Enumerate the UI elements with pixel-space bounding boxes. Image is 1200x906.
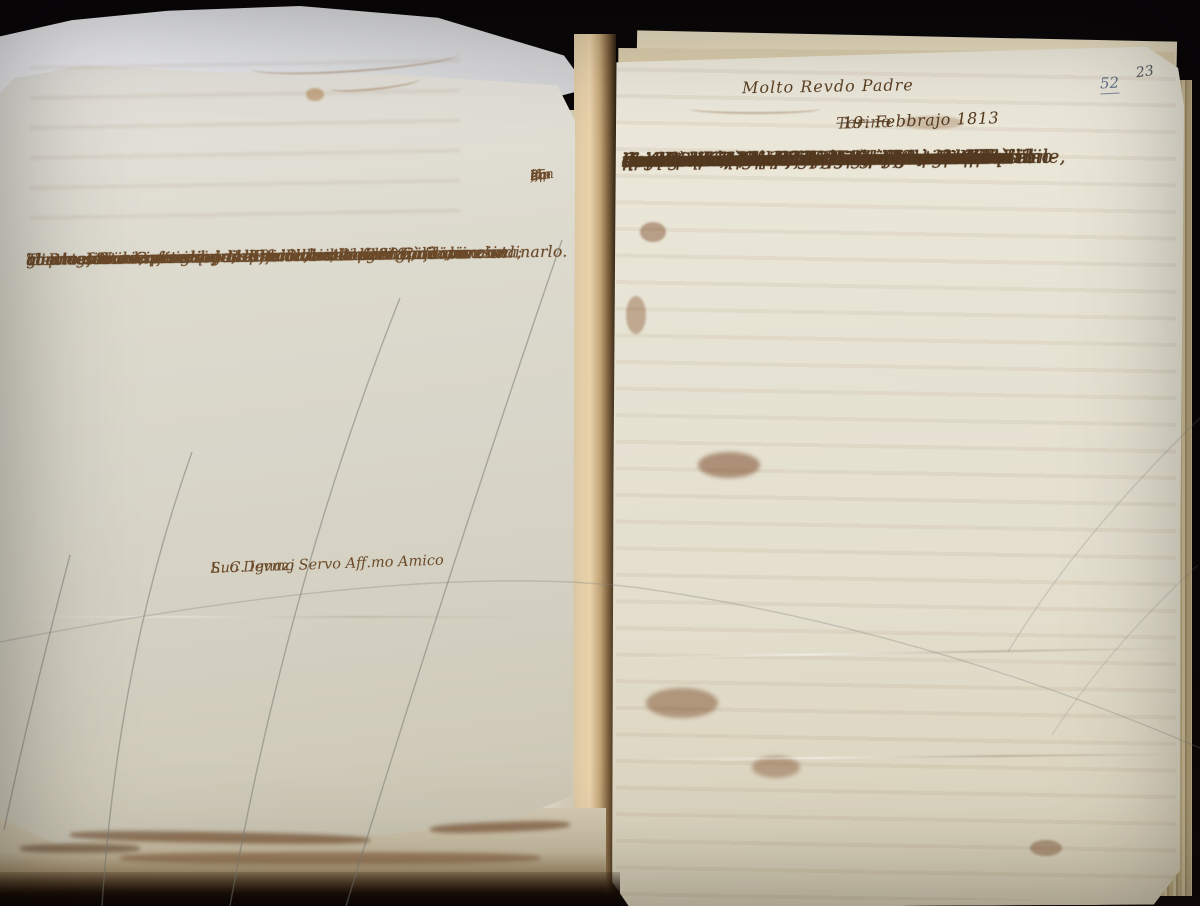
ink-stain [626, 296, 646, 334]
ink-stain [1030, 840, 1062, 856]
ink-stain [646, 688, 718, 718]
bottom-shadow [0, 872, 620, 906]
right-bleedthrough-ghost [616, 60, 1176, 900]
ink-stain [640, 222, 666, 242]
book-gutter [574, 34, 616, 906]
signature-line: L. C. Ignazj [210, 551, 295, 584]
handwritten-line: to in voce, che in scritto con i miei [622, 145, 989, 175]
manuscript-photo: che la somma per eseguirla sarebbe di £ … [0, 0, 1200, 906]
faint-inscription [690, 104, 820, 114]
ink-stain [306, 88, 324, 101]
ink-smudge [120, 852, 540, 864]
ink-stain [698, 452, 760, 478]
page-number-ink: 52 [1099, 74, 1119, 95]
ink-smudge [20, 844, 140, 853]
left-bleedthrough-ghost [30, 40, 460, 230]
page-number-pencil: 23 [1135, 63, 1155, 81]
handwritten-line: al P.re Mauro; e mi creda pieno di stima… [26, 235, 470, 278]
paper-crease [10, 616, 530, 618]
